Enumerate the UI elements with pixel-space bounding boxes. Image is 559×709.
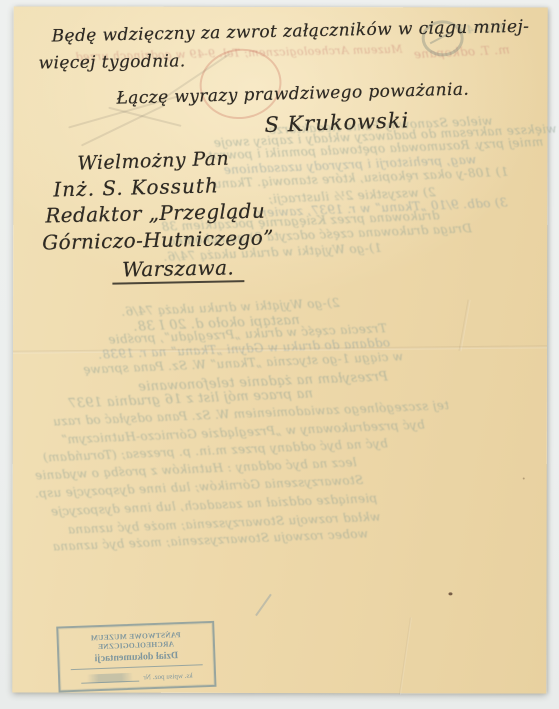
letter-page: B 17-43m. T. odkopaneMuzeum Archeologicz… (12, 6, 547, 693)
signature: S Krukowski (264, 108, 410, 137)
paper-speck (448, 592, 452, 595)
stamp-divider (71, 664, 203, 670)
body-line-2: więcej tygodnia. (38, 51, 185, 73)
scanned-letter: B 17-43m. T. odkopaneMuzeum Archeologicz… (0, 0, 559, 709)
paper-speck (523, 478, 525, 480)
stamp-register-label: ks. wpisu poz. Nr (143, 672, 192, 682)
museum-stamp-content: PAŃSTWOWE MUZEUM ARCHEOLOGICZNE Dział do… (58, 623, 214, 691)
stamp-register-blank (81, 673, 139, 684)
museum-stamp: PAŃSTWOWE MUZEUM ARCHEOLOGICZNE Dział do… (56, 621, 216, 693)
address-line-city: Warszawa. (112, 255, 245, 284)
address-line-title-1: Redaktor „Przeglądu (45, 199, 265, 228)
address-line-name: Inż. S. Kossuth (53, 173, 219, 201)
